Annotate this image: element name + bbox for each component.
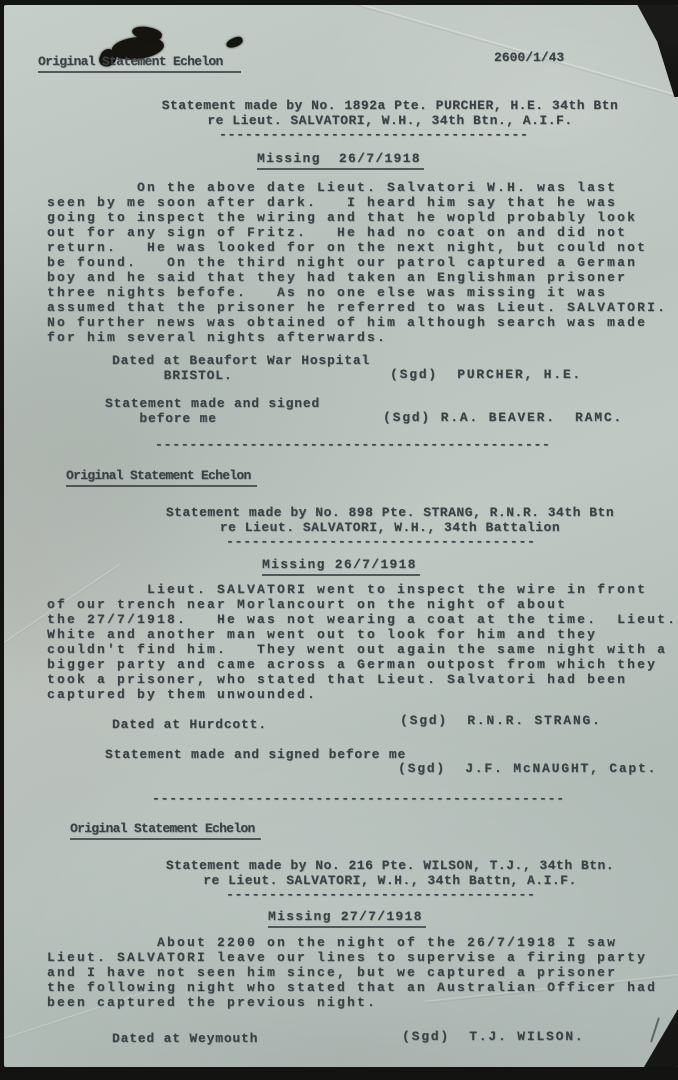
section-3-missing-heading: Missing 27/7/1918 <box>268 909 426 928</box>
section-1-witness-signature: (Sgd) R.A. BEAVER. RAMC. <box>383 410 623 425</box>
section-2-witness-signature: (Sgd) J.F. McNAUGHT, Capt. <box>398 761 657 776</box>
section-2-statement-header: Statement made by No. 898 Pte. STRANG, R… <box>134 505 646 535</box>
section-3-dated-signature: (Sgd) T.J. WILSON. <box>402 1029 584 1044</box>
photo-corner-top-right <box>626 5 678 97</box>
section-1-missing-heading: Missing 26/7/1918 <box>257 151 424 170</box>
photo-corner-bottom-right <box>644 1009 678 1067</box>
section-1-dated-signature: (Sgd) PURCHER, H.E. <box>390 367 582 382</box>
section-2-missing-heading: Missing 26/7/1918 <box>262 557 420 576</box>
section-2-dated-signature: (Sgd) R.N.R. STRANG. <box>400 713 602 728</box>
section-2-statement-body: Lieut. SALVATORI went to inspect the wir… <box>47 582 677 702</box>
paper: Original Statement Echelon 2600/1/43 Sta… <box>4 5 678 1067</box>
section-1-statement-body: On the above date Lieut. Salvatori W.H. … <box>47 180 667 345</box>
document-photo: { "document": { "ref_number": "2600/1/43… <box>0 0 678 1080</box>
ink-blot <box>225 35 244 50</box>
section-1-statement-header: Statement made by No. 1892a Pte. PURCHER… <box>134 98 646 128</box>
section-1-dated-line: Dated at Beaufort War Hospital BRISTOL. <box>112 353 370 383</box>
reference-number: 2600/1/43 <box>494 50 564 65</box>
section-separator: ----------------------------------------… <box>152 791 565 806</box>
section-3-divider: ------------------------------------ <box>226 887 536 902</box>
pen-mark <box>650 1017 660 1042</box>
section-1-heading: Original Statement Echelon <box>38 54 241 73</box>
section-1-witness-line: Statement made and signed before me <box>105 396 320 426</box>
section-1-divider: ------------------------------------ <box>219 127 529 142</box>
section-2-dated-line: Dated at Hurdcott. <box>112 717 267 732</box>
section-2-witness-line: Statement made and signed before me <box>105 747 406 762</box>
section-3-statement-body: About 2200 on the night of the 26/7/1918… <box>47 935 657 1010</box>
section-3-dated-line: Dated at Weymouth <box>112 1031 258 1046</box>
section-2-heading: Original Statement Echelon <box>66 468 257 487</box>
section-3-heading: Original Statement Echelon <box>70 821 261 840</box>
section-separator: ----------------------------------------… <box>155 437 551 452</box>
section-3-statement-header: Statement made by No. 216 Pte. WILSON, T… <box>134 858 646 888</box>
section-2-divider: ------------------------------------ <box>226 534 536 549</box>
